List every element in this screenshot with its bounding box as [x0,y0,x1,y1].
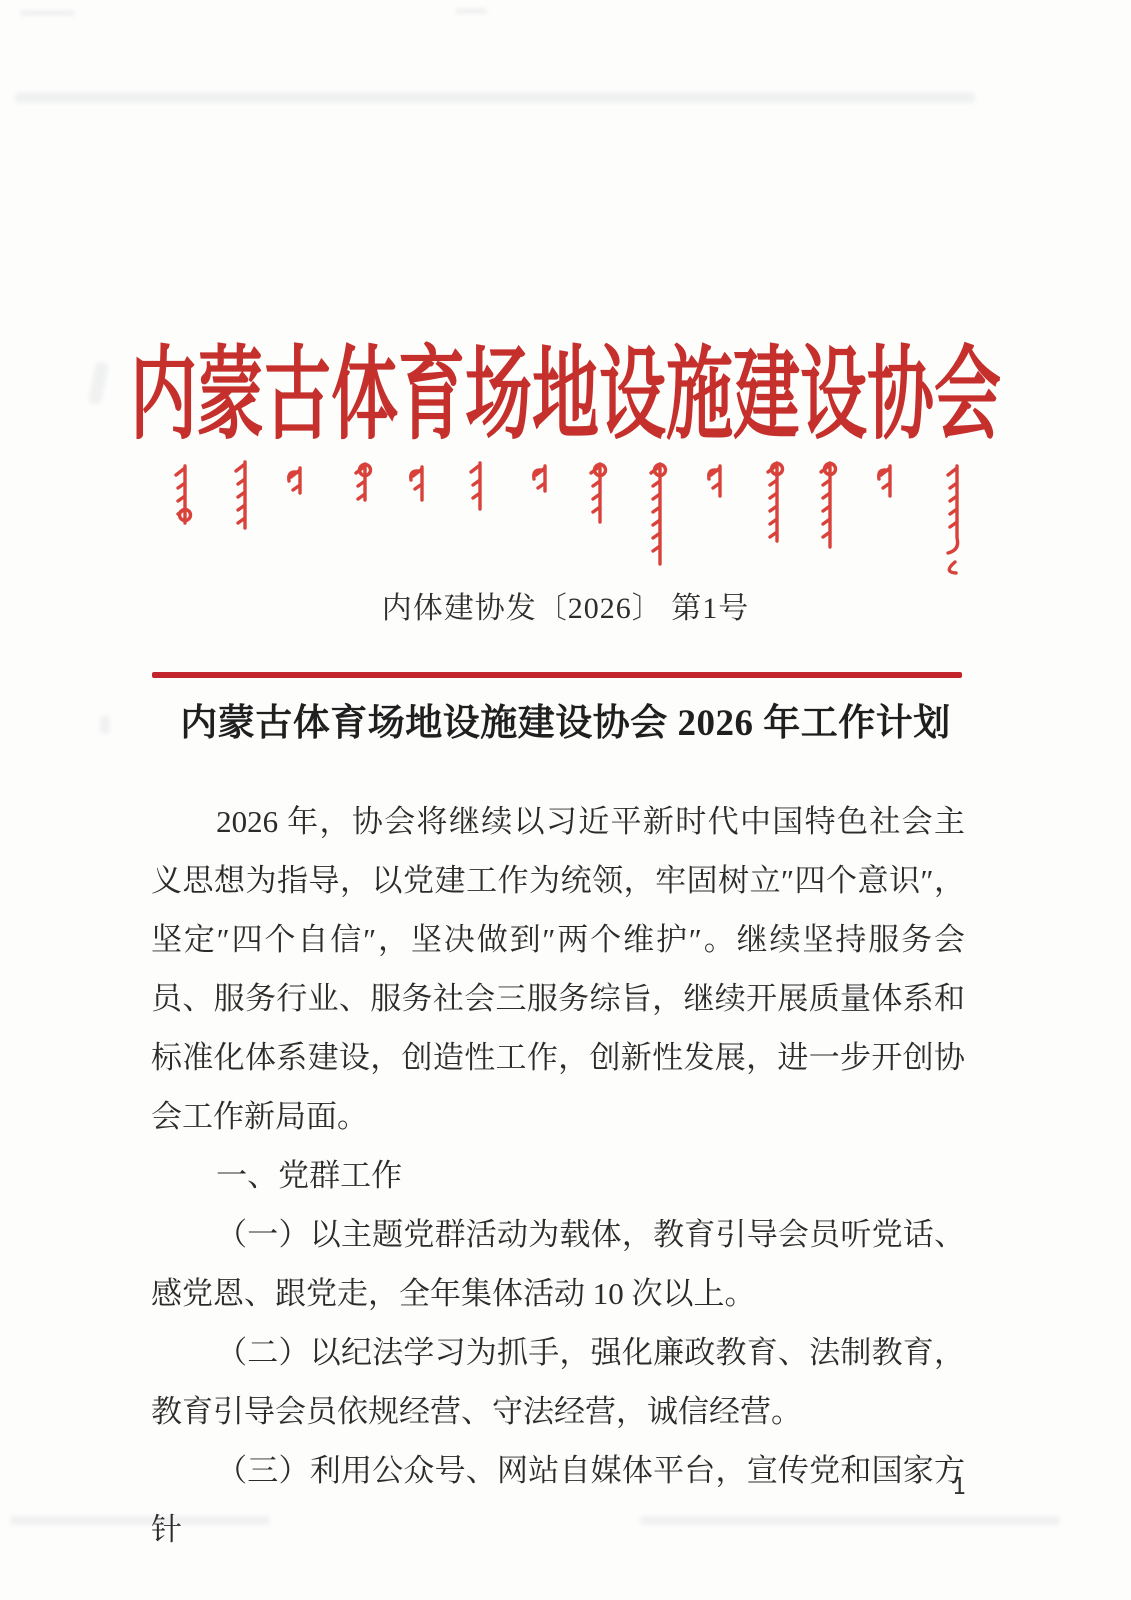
document-title: 内蒙古体育场地设施建设协会 2026 年工作计划 [0,692,1131,746]
document-number: 内体建协发〔2026〕 第1号 [0,583,1131,627]
paragraph-intro: 2026 年，协会将继续以习近平新时代中国特色社会主义思想为指导，以党建工作为统… [151,792,965,1146]
letterhead-org-name: 内蒙古体育场地设施建设协会 [0,314,1131,410]
document-body: 2026 年，协会将继续以习近平新时代中国特色社会主义思想为指导，以党建工作为统… [151,792,965,1559]
scan-artifact [455,8,487,14]
paragraph-item-1: （一）以主题党群活动为载体，教育引导会员听党话、感党恩、跟党走，全年集体活动 1… [151,1205,965,1323]
red-divider-line [152,672,962,678]
section-heading-1: 一、党群工作 [151,1146,965,1205]
page-number: 1 [952,1474,966,1500]
paragraph-item-3: （三）利用公众号、网站自媒体平台，宣传党和国家方针 [151,1441,965,1559]
scan-artifact [20,10,75,16]
scan-artifact [15,92,975,103]
paragraph-item-2: （二）以纪法学习为抓手，强化廉政教育、法制教育，教育引导会员依规经营、守法经营，… [151,1323,965,1441]
scanned-document-page: 内蒙古体育场地设施建设协会 内体建协发〔2026〕 第1号 内蒙古体育场地设施建… [0,0,1131,1600]
org-name-chinese: 内蒙古体育场地设施建设协会 [130,314,1001,460]
